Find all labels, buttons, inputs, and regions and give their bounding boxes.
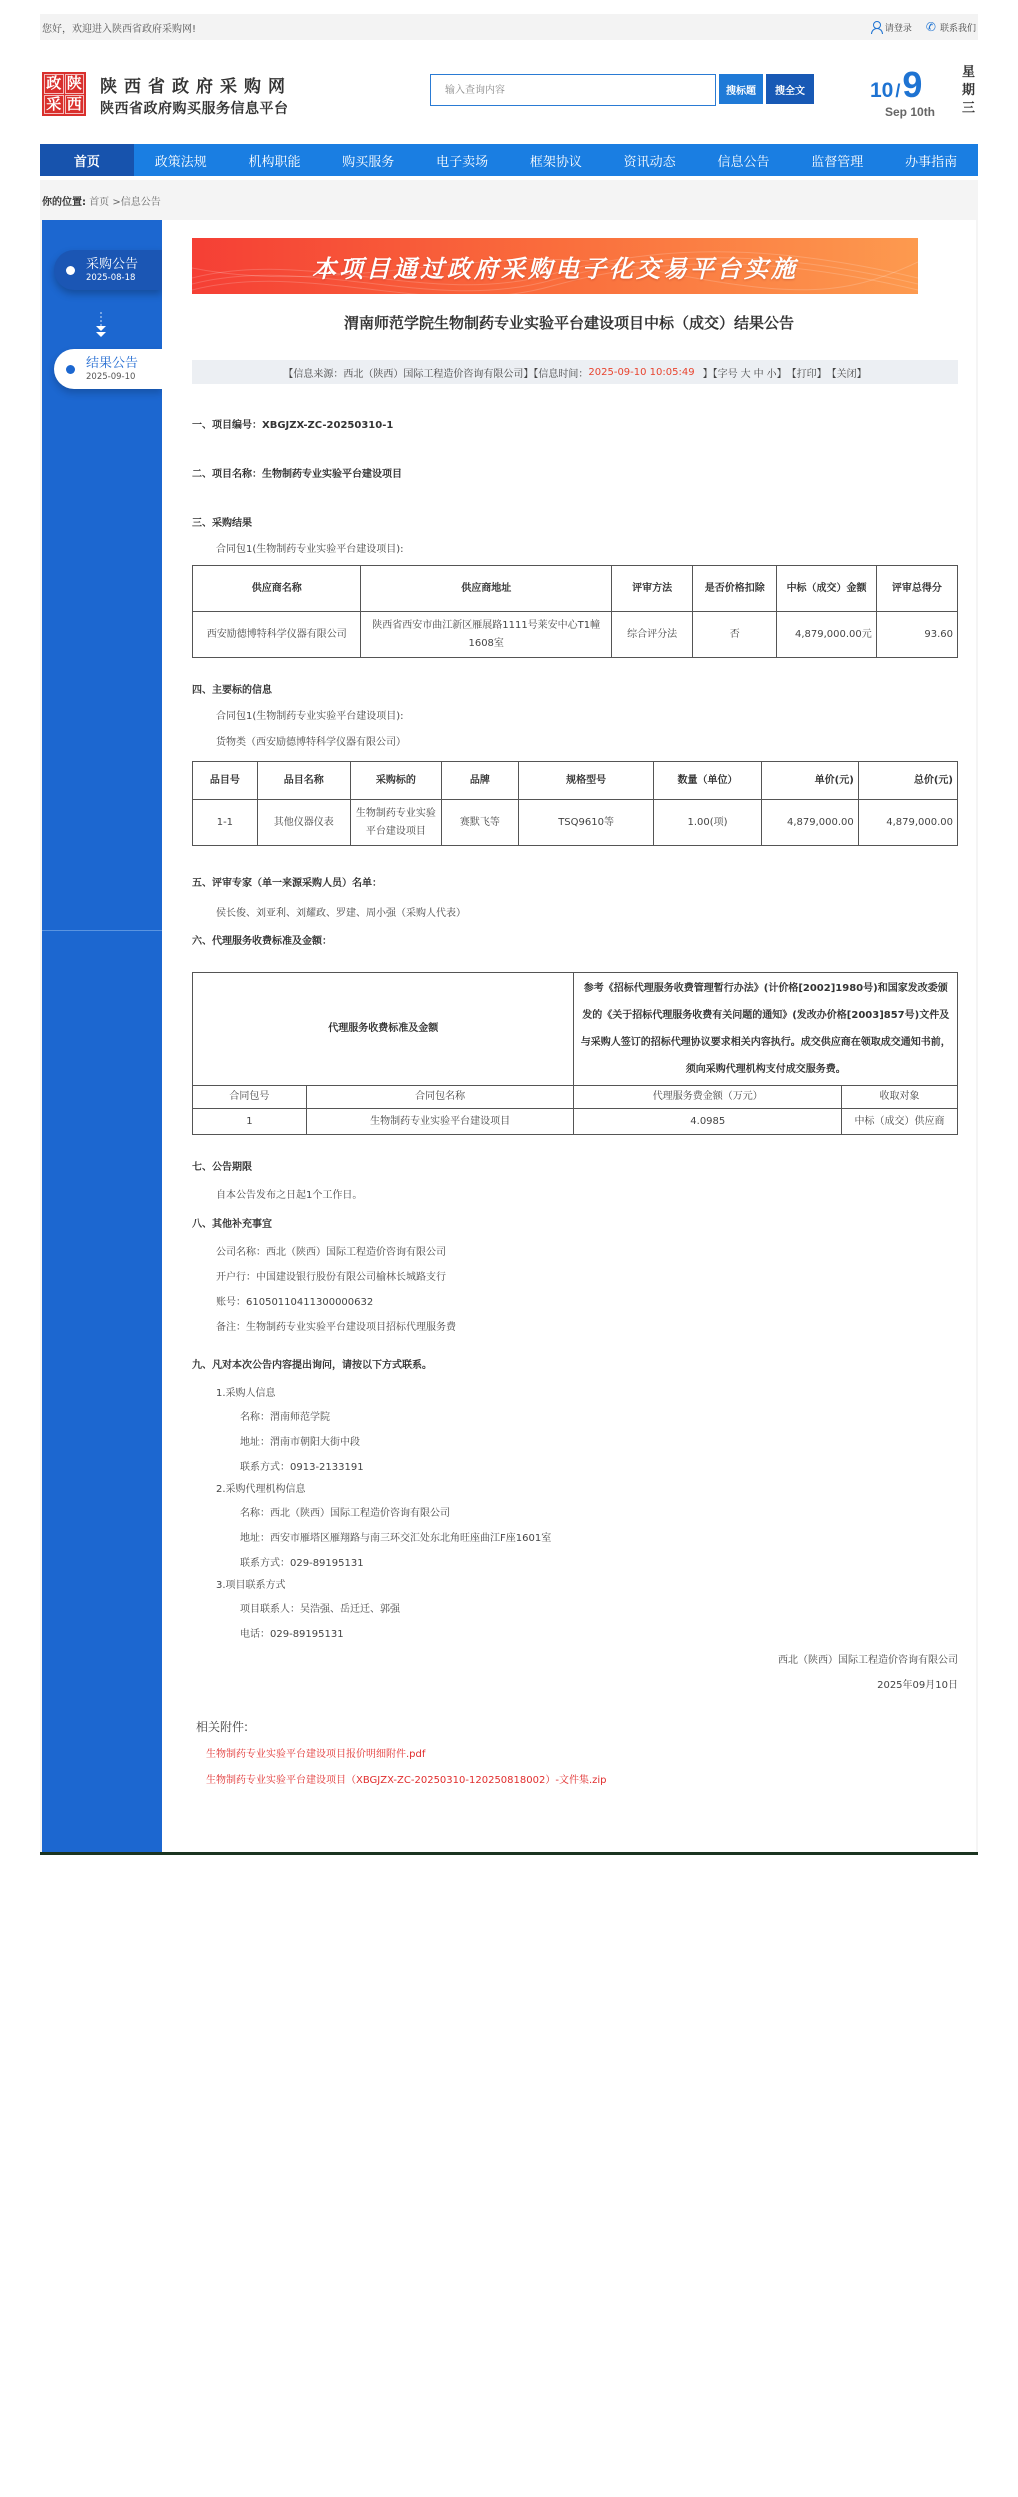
fee-standard-text: 参考《招标代理服务收费管理暂行办法》(计价格[2002]1980号)和国家发改委… <box>574 973 958 1086</box>
col-header: 合同包号 <box>193 1086 307 1109</box>
section-procurement-result: 三、采购结果 <box>192 514 252 529</box>
nav-item-policy[interactable]: 政策法规 <box>134 144 228 176</box>
contact-link[interactable]: ✆ 联系我们 <box>926 21 976 34</box>
login-label: 请登录 <box>885 21 912 34</box>
date-display: 10/9 <box>870 64 922 106</box>
contact-label: 联系我们 <box>940 21 976 34</box>
close-link[interactable]: 【关闭】 <box>827 365 867 380</box>
package-name: 生物制药专业实验平台建设项目 <box>306 1109 574 1135</box>
logo-char: 西 <box>65 95 85 115</box>
supplier-name: 西安励德博特科学仪器有限公司 <box>193 612 361 658</box>
phone-icon: ✆ <box>926 21 936 33</box>
step-label: 采购公告 <box>86 257 138 272</box>
model: TSQ9610等 <box>518 800 654 846</box>
col-header: 供应商名称 <box>193 566 361 612</box>
col-header: 规格型号 <box>518 762 654 800</box>
col-header: 评审总得分 <box>876 566 957 612</box>
font-size-small[interactable]: 小 <box>767 365 777 380</box>
price-deduction: 否 <box>693 612 777 658</box>
fee-standard-row: 代理服务收费标准及金额 参考《招标代理服务收费管理暂行办法》(计价格[2002]… <box>193 973 958 1086</box>
col-header: 供应商地址 <box>361 566 612 612</box>
col-header: 品目名称 <box>257 762 350 800</box>
nav-item-purchase-service[interactable]: 购买服务 <box>321 144 415 176</box>
meta-font-label: 】【字号 <box>703 365 738 380</box>
agency-name: 名称：西北（陕西）国际工程造价咨询有限公司 <box>240 1504 450 1519</box>
section-main-items: 四、主要标的信息 <box>192 681 272 696</box>
col-header: 中标（成交）金额 <box>777 566 876 612</box>
article-title: 渭南师范学院生物制药专业实验平台建设项目中标（成交）结果公告 <box>162 312 976 333</box>
col-header: 品牌 <box>441 762 518 800</box>
package-label: 合同包1(生物制药专业实验平台建设项目): <box>216 540 404 555</box>
fee-amount: 4.0985 <box>574 1109 842 1135</box>
table-row: 西安励德博特科学仪器有限公司 陕西省西安市曲江新区雁展路1111号莱安中心T1幢… <box>193 612 958 658</box>
evaluation-method: 综合评分法 <box>612 612 693 658</box>
weekday: 星 期 三 <box>962 64 976 118</box>
quantity: 1.00(项) <box>654 800 761 846</box>
breadcrumb-path[interactable]: 首页 >信息公告 <box>89 193 161 208</box>
package-label: 合同包1(生物制药专业实验平台建设项目): <box>216 707 404 722</box>
col-header: 代理服务费金额（万元） <box>574 1086 842 1109</box>
sidebar-divider <box>42 930 162 931</box>
items-table: 品目号 品目名称 采购标的 品牌 规格型号 数量（单位） 单价(元) 总价(元)… <box>192 761 958 846</box>
total-score: 93.60 <box>876 612 957 658</box>
agency-heading: 2.采购代理机构信息 <box>216 1480 306 1495</box>
agency-address: 地址：西安市雁塔区雁翔路与南三环交汇处东北角旺座曲江F座1601室 <box>240 1529 551 1544</box>
goods-category: 货物类（西安励德博特科学仪器有限公司） <box>216 733 406 748</box>
weekday-char: 星 <box>962 64 976 82</box>
fee-standard-label: 代理服务收费标准及金额 <box>193 973 574 1086</box>
supplier-address: 陕西省西安市曲江新区雁展路1111号莱安中心T1幢1608室 <box>361 612 612 658</box>
col-header: 数量（单位） <box>654 762 761 800</box>
search-title-button[interactable]: 搜标题 <box>719 74 763 104</box>
attachment-zip-link[interactable]: 生物制药专业实验平台建设项目（XBGJZX-ZC-20250310-120250… <box>206 1771 607 1786</box>
top-bar: 您好，欢迎进入陕西省政府采购网! 请登录 ✆ 联系我们 <box>40 14 978 40</box>
step-dot <box>66 365 75 374</box>
package-number: 1 <box>193 1109 307 1135</box>
purchaser-name: 名称：渭南师范学院 <box>240 1408 330 1423</box>
section-agency-fee: 六、代理服务收费标准及金额： <box>192 932 332 947</box>
table-header-row: 合同包号 合同包名称 代理服务费金额（万元） 收取对象 <box>193 1086 958 1109</box>
col-header: 品目号 <box>193 762 258 800</box>
date-month: 10 <box>870 79 893 102</box>
login-link[interactable]: 请登录 <box>871 21 912 34</box>
col-header: 单价(元) <box>761 762 858 800</box>
site-title: 陕西省政府采购网 <box>100 72 292 97</box>
account-number: 账号：61050110411300000632 <box>216 1293 373 1308</box>
col-header: 评审方法 <box>612 566 693 612</box>
step-date: 2025-09-10 <box>86 371 138 383</box>
section-contact: 九、凡对本次公告内容提出询问，请按以下方式联系。 <box>192 1356 432 1371</box>
purchaser-heading: 1.采购人信息 <box>216 1384 276 1399</box>
agency-phone: 联系方式：029-89195131 <box>240 1554 364 1569</box>
project-contact-heading: 3.项目联系方式 <box>216 1576 286 1591</box>
project-contacts: 项目联系人：吴浩强、岳迁迁、郭强 <box>240 1600 400 1615</box>
col-header: 采购标的 <box>350 762 441 800</box>
item-name: 其他仪器仪表 <box>257 800 350 846</box>
signature-date: 2025年09月10日 <box>877 1676 958 1691</box>
table-row: 1-1 其他仪器仪表 生物制药专业实验平台建设项目 赛默飞等 TSQ9610等 … <box>193 800 958 846</box>
item-number: 1-1 <box>193 800 258 846</box>
col-header: 合同包名称 <box>306 1086 574 1109</box>
e-trading-banner: 本项目通过政府采购电子化交易平台实施 <box>192 238 918 294</box>
step-procurement-notice[interactable]: 采购公告 2025-08-18 <box>54 250 162 290</box>
fee-payer: 中标（成交）供应商 <box>842 1109 958 1135</box>
site-logo[interactable]: 政 陕 采 西 <box>42 72 86 116</box>
date-separator: / <box>895 81 900 101</box>
step-dot <box>66 266 75 275</box>
company-name: 公司名称：西北（陕西）国际工程造价咨询有限公司 <box>216 1243 446 1258</box>
meta-bracket: 】 <box>777 365 787 380</box>
attachments-label: 相关附件: <box>196 1718 248 1735</box>
step-label: 结果公告 <box>86 356 138 371</box>
top-links: 请登录 ✆ 联系我们 <box>871 21 976 34</box>
weekday-char: 期 <box>962 82 976 100</box>
expert-names: 侯长俊、刘亚利、刘耀政、罗建、周小强（采购人代表） <box>216 904 466 919</box>
bank-name: 开户行：中国建设银行股份有限公司榆林长城路支行 <box>216 1268 446 1283</box>
step-date: 2025-08-18 <box>86 272 138 284</box>
table-header-row: 品目号 品目名称 采购标的 品牌 规格型号 数量（单位） 单价(元) 总价(元) <box>193 762 958 800</box>
user-icon <box>871 21 881 33</box>
process-sidebar: 采购公告 2025-08-18 结果公告 2025-09-10 <box>42 220 162 1852</box>
notice-period-text: 自本公告发布之日起1个工作日。 <box>216 1186 362 1201</box>
nav-item-guide[interactable]: 办事指南 <box>884 144 978 176</box>
meta-time: 2025-09-10 10:05:49 <box>588 367 694 378</box>
procurement-subject: 生物制药专业实验平台建设项目 <box>350 800 441 846</box>
step-result-notice[interactable]: 结果公告 2025-09-10 <box>54 349 162 389</box>
font-size-large[interactable]: 大 <box>741 365 751 380</box>
nav-item-home[interactable]: 首页 <box>40 144 134 176</box>
fee-table: 代理服务收费标准及金额 参考《招标代理服务收费管理暂行办法》(计价格[2002]… <box>192 972 958 1135</box>
section-notice-period: 七、公告期限 <box>192 1158 252 1173</box>
col-header: 是否价格扣除 <box>693 566 777 612</box>
article-content: 本项目通过政府采购电子化交易平台实施 渭南师范学院生物制药专业实验平台建设项目中… <box>162 220 976 1852</box>
unit-price: 4,879,000.00 <box>761 800 858 846</box>
site-header: 政 陕 采 西 陕西省政府采购网 陕西省政府购买服务信息平台 搜标题 搜全文 1… <box>40 52 978 137</box>
meta-source: 【信息来源：西北（陕西）国际工程造价咨询有限公司】【信息时间： <box>283 365 588 380</box>
section-project-name: 二、项目名称：生物制药专业实验平台建设项目 <box>192 465 402 480</box>
award-amount: 4,879,000.00元 <box>777 612 876 658</box>
nav-item-e-mall[interactable]: 电子卖场 <box>415 144 509 176</box>
breadcrumb-label: 你的位置: <box>42 193 86 208</box>
logo-char: 陕 <box>65 74 85 94</box>
article-meta-bar: 【信息来源：西北（陕西）国际工程造价咨询有限公司】【信息时间： 2025-09-… <box>192 360 958 384</box>
payment-note: 备注：生物制药专业实验平台建设项目招标代理服务费 <box>216 1318 456 1333</box>
welcome-text: 您好，欢迎进入陕西省政府采购网! <box>42 20 196 35</box>
weekday-char: 三 <box>962 100 976 118</box>
table-row: 1 生物制药专业实验平台建设项目 4.0985 中标（成交）供应商 <box>193 1109 958 1135</box>
result-table: 供应商名称 供应商地址 评审方法 是否价格扣除 中标（成交）金额 评审总得分 西… <box>192 565 958 658</box>
attachment-pdf-link[interactable]: 生物制药专业实验平台建设项目报价明细附件.pdf <box>206 1745 425 1760</box>
main-area: 采购公告 2025-08-18 结果公告 2025-09-10 <box>40 220 978 1855</box>
logo-char: 政 <box>44 74 64 94</box>
site-subtitle: 陕西省政府购买服务信息平台 <box>100 98 289 118</box>
col-header: 总价(元) <box>858 762 957 800</box>
nav-item-announcements[interactable]: 信息公告 <box>697 144 791 176</box>
breadcrumb: 你的位置: 首页 >信息公告 <box>40 180 978 220</box>
logo-char: 采 <box>44 95 64 115</box>
section-supplementary: 八、其他补充事宜 <box>192 1215 272 1230</box>
banner-text: 本项目通过政府采购电子化交易平台实施 <box>312 249 798 284</box>
nav-item-supervision[interactable]: 监督管理 <box>790 144 884 176</box>
table-header-row: 供应商名称 供应商地址 评审方法 是否价格扣除 中标（成交）金额 评审总得分 <box>193 566 958 612</box>
purchaser-phone: 联系方式：0913-2133191 <box>240 1458 364 1473</box>
purchaser-address: 地址：渭南市朝阳大街中段 <box>240 1433 360 1448</box>
main-nav: 首页 政策法规 机构职能 购买服务 电子卖场 框架协议 资讯动态 信息公告 监督… <box>40 144 978 176</box>
font-size-medium[interactable]: 中 <box>754 365 764 380</box>
search-fulltext-button[interactable]: 搜全文 <box>766 74 814 104</box>
search-input[interactable] <box>430 74 716 106</box>
nav-item-framework[interactable]: 框架协议 <box>509 144 603 176</box>
brand: 赛默飞等 <box>441 800 518 846</box>
col-header: 收取对象 <box>842 1086 958 1109</box>
nav-item-institution[interactable]: 机构职能 <box>228 144 322 176</box>
arrow-down-icon <box>95 312 107 340</box>
content-bottom-border <box>40 1852 978 1855</box>
project-phone: 电话：029-89195131 <box>240 1625 344 1640</box>
section-experts: 五、评审专家（单一来源采购人员）名单： <box>192 874 382 889</box>
date-day: 9 <box>902 64 922 105</box>
date-english: Sep 10th <box>885 105 935 119</box>
total-price: 4,879,000.00 <box>858 800 957 846</box>
signature-org: 西北（陕西）国际工程造价咨询有限公司 <box>778 1651 958 1666</box>
section-project-number: 一、项目编号：XBGJZX-ZC-20250310-1 <box>192 416 393 431</box>
print-link[interactable]: 【打印】 <box>787 365 827 380</box>
nav-item-news[interactable]: 资讯动态 <box>603 144 697 176</box>
